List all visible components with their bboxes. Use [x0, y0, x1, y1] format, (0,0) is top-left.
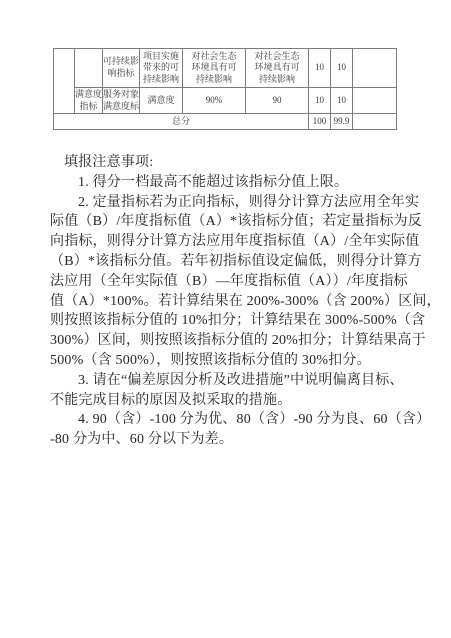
table-cell-indicator-name: 满意度 — [140, 88, 183, 114]
table-cell-total-score: 99.9 — [331, 114, 353, 130]
notes-section: 填报注意事项: 1. 得分一档最高不能超过该指标分值上限。 2. 定量指标若为正… — [50, 153, 406, 450]
table-row-total: 总分 100 99.9 — [54, 114, 397, 130]
table-cell-indicator-name: 项目实施 带来的可 持续影响 — [140, 49, 183, 88]
table-cell-indicator-group: 可持续影 响指标 — [103, 49, 140, 88]
note-line: -80 分为中、60 分以下为差。 — [50, 430, 406, 450]
document-page: 可持续影 响指标 项目实施 带来的可 持续影响 对社会生态 环境具有可 持续影响… — [0, 0, 451, 638]
note-line: 500%（含 500%），则按照该指标分值的 30%扣分。 — [50, 351, 406, 371]
note-line: 值（A）*100%。若计算结果在 200%-300%（含 200%）区间， — [50, 292, 406, 312]
table-cell-actual: 90 — [246, 88, 309, 114]
table-cell-max-score: 10 — [309, 49, 331, 88]
table-cell-blank — [54, 49, 75, 114]
note-line: 3. 请在“偏差原因分析及改进措施”中说明偏离目标、 — [50, 371, 406, 391]
table-cell-blank — [353, 88, 397, 114]
note-line: 际值（B）/年度指标值（A）*该指标分值；若定量指标为反 — [50, 212, 406, 232]
note-line: 不能完成目标的原因及拟采取的措施。 — [50, 391, 406, 411]
score-table: 可持续影 响指标 项目实施 带来的可 持续影响 对社会生态 环境具有可 持续影响… — [53, 48, 397, 130]
table-cell-target: 对社会生态 环境具有可 持续影响 — [183, 49, 246, 88]
note-line: 2. 定量指标若为正向指标，则得分计算方法应用全年实 — [50, 193, 406, 213]
table-row-sustainability: 可持续影 响指标 项目实施 带来的可 持续影响 对社会生态 环境具有可 持续影响… — [54, 49, 397, 88]
note-line: （B）*该指标分值。若年初指标值设定偏低，则得分计算方 — [50, 252, 406, 272]
note-line: 则按照该指标分值的 10%扣分；计算结果在 300%-500%（含 — [50, 311, 406, 331]
table-cell-blank — [353, 114, 397, 130]
score-table-wrap: 可持续影 响指标 项目实施 带来的可 持续影响 对社会生态 环境具有可 持续影响… — [53, 48, 397, 130]
table-cell-indicator-category: 满意度 指标 — [75, 88, 103, 114]
table-cell-max-score: 10 — [309, 88, 331, 114]
table-cell-blank — [353, 49, 397, 88]
table-cell-blank — [75, 49, 103, 88]
table-cell-actual: 对社会生态 环境具有可 持续影响 — [246, 49, 309, 88]
notes-title: 填报注意事项: — [50, 153, 406, 173]
note-line: 1. 得分一档最高不能超过该指标分值上限。 — [50, 173, 406, 193]
note-line: 4. 90（含）-100 分为优、80（含）-90 分为良、60（含） — [50, 410, 406, 430]
table-cell-total-max: 100 — [309, 114, 331, 130]
table-cell-target: 90% — [183, 88, 246, 114]
table-row-satisfaction: 满意度 指标 服务对象 满意度标 满意度 90% 90 10 10 — [54, 88, 397, 114]
table-cell-score: 10 — [331, 88, 353, 114]
note-line: 向指标，则得分计算方法应用年度指标值（A）/全年实际值 — [50, 232, 406, 252]
note-line: 300%）区间，则按照该指标分值的 20%扣分；计算结果高于 — [50, 331, 406, 351]
table-cell-total-label: 总分 — [54, 114, 309, 130]
table-cell-score: 10 — [331, 49, 353, 88]
table-cell-indicator-group: 服务对象 满意度标 — [103, 88, 140, 114]
note-line: 法应用（全年实际值（B）—年度指标值（A））/年度指标 — [50, 272, 406, 292]
